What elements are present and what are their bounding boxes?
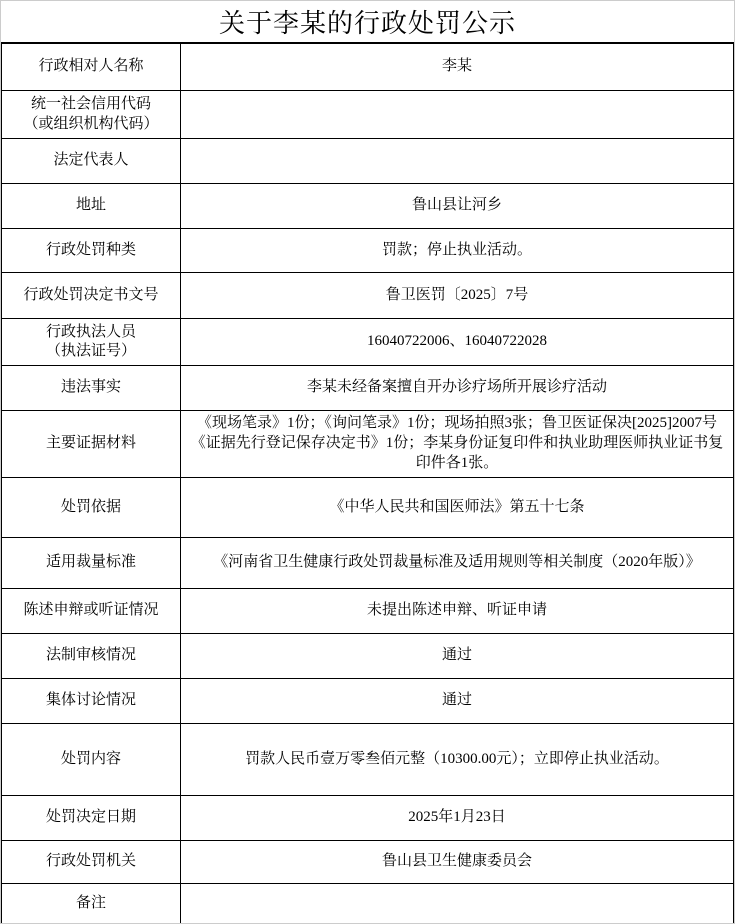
penalty-announcement-page: 关于李某的行政处罚公示 行政相对人名称 李某 统一社会信用代码 （或组织机构代码…: [0, 0, 735, 924]
table-row-credit-code: 统一社会信用代码 （或组织机构代码）: [2, 91, 733, 139]
row-label: 处罚依据: [2, 478, 181, 537]
table-row-decision-date: 处罚决定日期 2025年1月23日: [2, 796, 733, 841]
table-row-respondent-name: 行政相对人名称 李某: [2, 44, 733, 91]
row-value: 《中华人民共和国医师法》第五十七条: [181, 478, 733, 537]
row-label: 地址: [2, 184, 181, 228]
row-value: 鲁卫医罚〔2025〕7号: [181, 273, 733, 318]
row-value: 通过: [181, 679, 733, 723]
row-value: 未提出陈述申辩、听证申请: [181, 589, 733, 633]
table-row-legal-representative: 法定代表人: [2, 139, 733, 184]
table-row-illegal-facts: 违法事实 李某未经备案擅自开办诊疗场所开展诊疗活动: [2, 366, 733, 411]
row-label: 集体讨论情况: [2, 679, 181, 723]
row-value: 李某未经备案擅自开办诊疗场所开展诊疗活动: [181, 366, 733, 410]
table-row-penalty-basis: 处罚依据 《中华人民共和国医师法》第五十七条: [2, 478, 733, 538]
row-value: 《河南省卫生健康行政处罚裁量标准及适用规则等相关制度（2020年版）》: [181, 538, 733, 588]
row-label: 行政处罚种类: [2, 229, 181, 272]
row-value: 李某: [181, 44, 733, 90]
table-row-penalty-content: 处罚内容 罚款人民币壹万零叁佰元整（10300.00元）；立即停止执业活动。: [2, 724, 733, 796]
row-value: [181, 139, 733, 183]
row-value: 16040722006、16040722028: [181, 319, 733, 365]
row-label: 法定代表人: [2, 139, 181, 183]
row-label: 违法事实: [2, 366, 181, 410]
row-value: 2025年1月23日: [181, 796, 733, 840]
penalty-table: 行政相对人名称 李某 统一社会信用代码 （或组织机构代码） 法定代表人 地址 鲁…: [0, 42, 735, 924]
page-title: 关于李某的行政处罚公示: [1, 1, 734, 42]
table-row-decision-doc-number: 行政处罚决定书文号 鲁卫医罚〔2025〕7号: [2, 273, 733, 319]
row-label: 备注: [2, 884, 181, 923]
row-label: 行政处罚机关: [2, 841, 181, 883]
row-label: 法制审核情况: [2, 634, 181, 678]
row-value: [181, 91, 733, 138]
table-row-evidence-materials: 主要证据材料 《现场笔录》1份；《询问笔录》1份；现场拍照3张；鲁卫医证保决[2…: [2, 411, 733, 478]
row-label: 行政执法人员 （执法证号）: [2, 319, 181, 365]
row-label: 陈述申辩或听证情况: [2, 589, 181, 633]
table-row-enforcement-officers: 行政执法人员 （执法证号） 16040722006、16040722028: [2, 319, 733, 366]
table-row-remarks: 备注: [2, 884, 733, 923]
row-label: 主要证据材料: [2, 411, 181, 477]
table-row-collective-discussion: 集体讨论情况 通过: [2, 679, 733, 724]
row-label: 行政相对人名称: [2, 44, 181, 90]
row-value: 鲁山县卫生健康委员会: [181, 841, 733, 883]
row-label: 适用裁量标准: [2, 538, 181, 588]
table-row-legal-review: 法制审核情况 通过: [2, 634, 733, 679]
row-value: 通过: [181, 634, 733, 678]
row-label: 处罚内容: [2, 724, 181, 795]
row-label: 处罚决定日期: [2, 796, 181, 840]
row-value: 罚款人民币壹万零叁佰元整（10300.00元）；立即停止执业活动。: [181, 724, 733, 795]
table-row-address: 地址 鲁山县让河乡: [2, 184, 733, 229]
row-label: 行政处罚决定书文号: [2, 273, 181, 318]
row-label: 统一社会信用代码 （或组织机构代码）: [2, 91, 181, 138]
table-row-penalty-type: 行政处罚种类 罚款；停止执业活动。: [2, 229, 733, 273]
row-value: 罚款；停止执业活动。: [181, 229, 733, 272]
row-value: 鲁山县让河乡: [181, 184, 733, 228]
row-value: 《现场笔录》1份；《询问笔录》1份；现场拍照3张；鲁卫医证保决[2025]200…: [181, 411, 733, 477]
table-row-discretion-standard: 适用裁量标准 《河南省卫生健康行政处罚裁量标准及适用规则等相关制度（2020年版…: [2, 538, 733, 589]
row-value: [181, 884, 733, 923]
table-row-statement-hearing: 陈述申辩或听证情况 未提出陈述申辩、听证申请: [2, 589, 733, 634]
table-row-penalty-authority: 行政处罚机关 鲁山县卫生健康委员会: [2, 841, 733, 884]
